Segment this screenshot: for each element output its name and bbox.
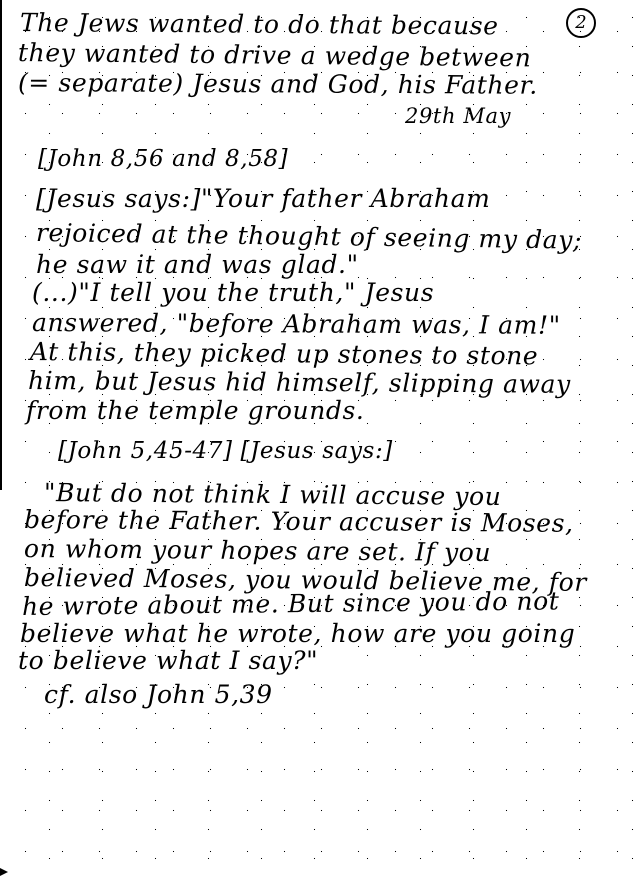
header-line-3: (= separate) Jesus and God, his Father. [18, 68, 538, 100]
section2-line-6: believe what he wrote, how are you going [20, 619, 575, 648]
section1-line-3: he saw it and was glad." [36, 250, 359, 279]
header-line-1: The Jews wanted to do that because [20, 8, 499, 40]
date-label: 29th May [405, 104, 511, 128]
section2-reference: [John 5,45-47] [Jesus says:] [58, 438, 393, 464]
scan-corner-mark [0, 868, 8, 876]
section2-line-5: he wrote about me. But since you do not [22, 586, 560, 621]
section2-line-7: to believe what I say?" [18, 646, 318, 675]
section2-line-2: before the Father. Your accuser is Moses… [24, 505, 574, 538]
section1-line-1: [Jesus says:]"Your father Abraham [36, 184, 490, 213]
section1-line-4: (...)"I tell you the truth," Jesus [32, 278, 434, 307]
header-line-2: they wanted to drive a wedge between [18, 38, 532, 72]
footnote-reference: cf. also John 5,39 [44, 680, 273, 709]
handwritten-page: The Jews wanted to do that because 2 the… [0, 0, 638, 877]
section1-line-5: answered, "before Abraham was, I am!" [32, 308, 561, 340]
section1-line-7: him, but Jesus hid himself, slipping awa… [28, 366, 571, 399]
section2-line-3: on whom your hopes are set. If you [24, 534, 491, 567]
left-margin-line [0, 0, 2, 490]
page-number-badge: 2 [566, 8, 596, 38]
section1-line-6: At this, they picked up stones to stone [30, 337, 539, 370]
section1-reference: [John 8,56 and 8,58] [38, 146, 288, 172]
section1-line-8: from the temple grounds. [26, 396, 364, 425]
